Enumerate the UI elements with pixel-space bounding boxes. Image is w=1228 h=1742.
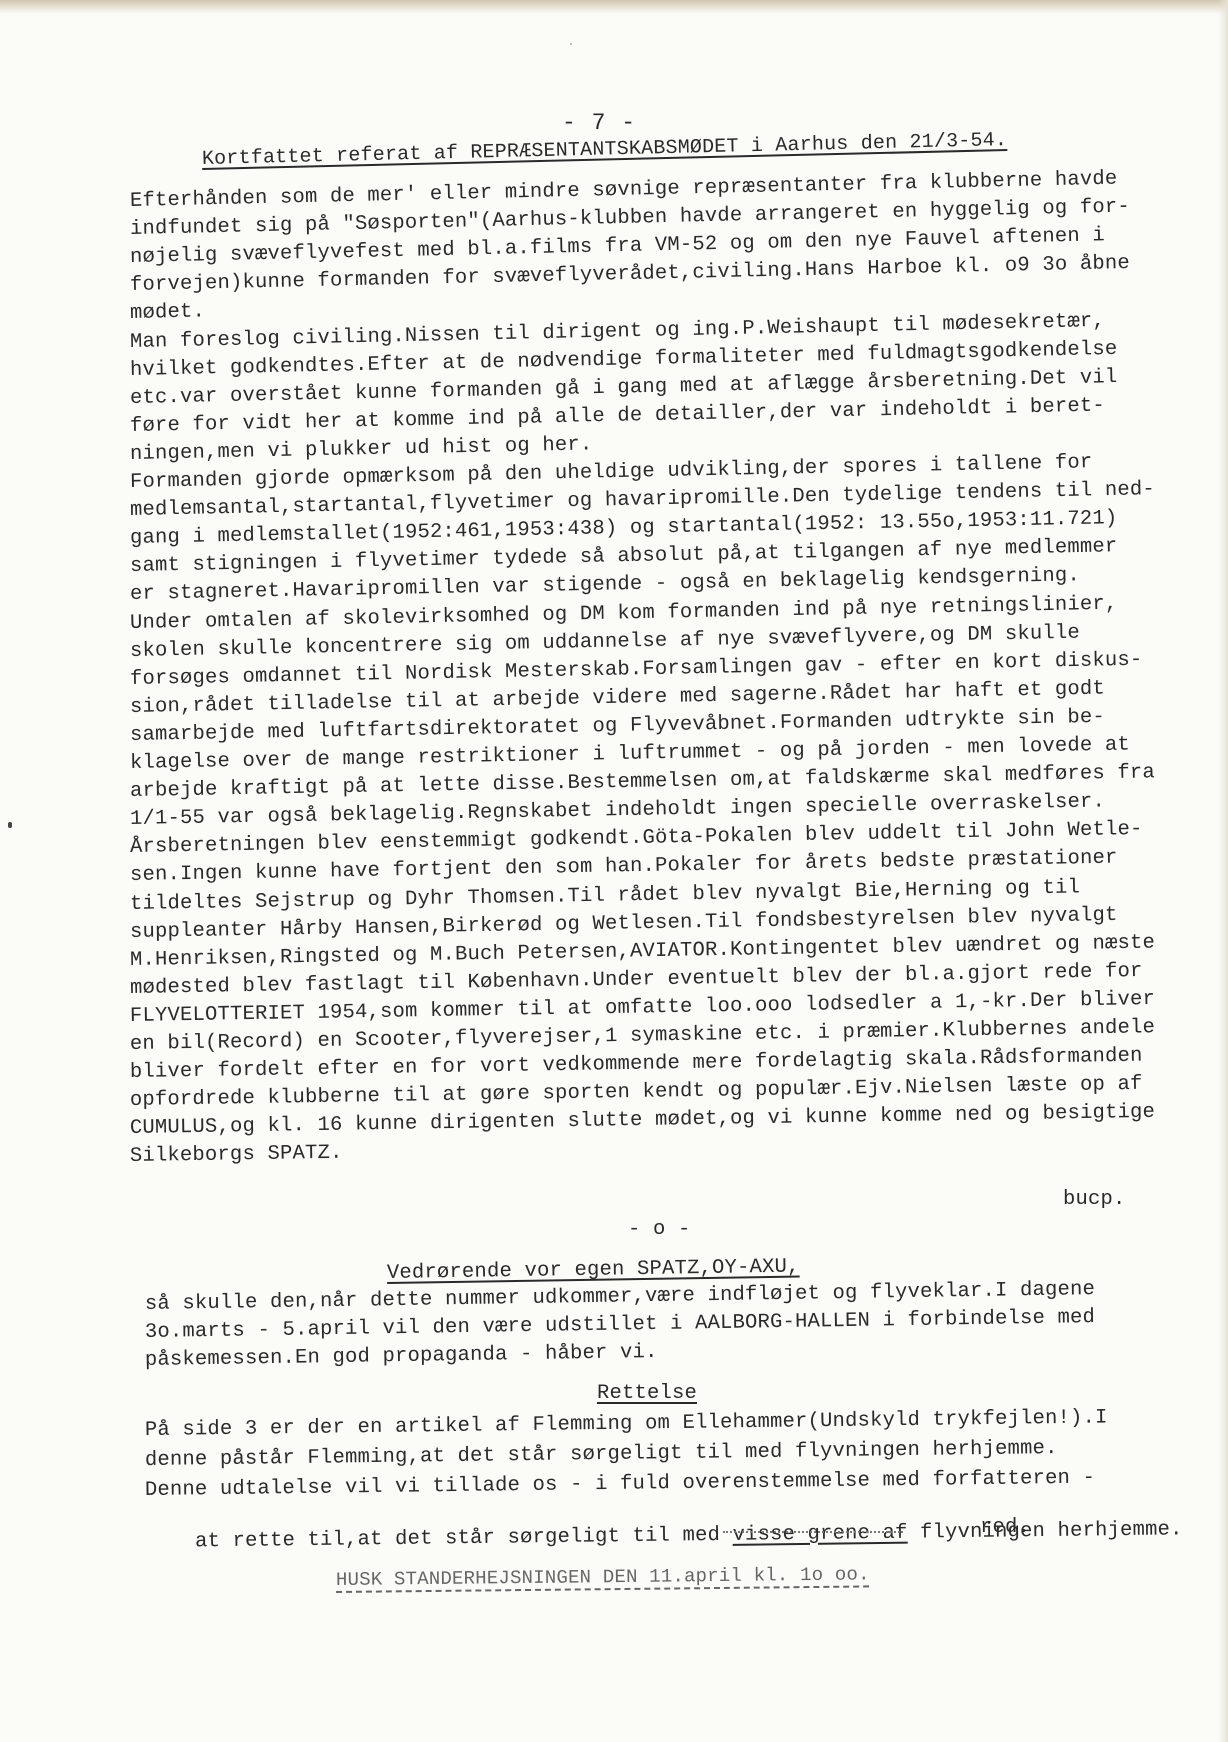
report-line: mødet.	[130, 303, 205, 325]
rettelse-heading: Rettelse	[597, 1384, 697, 1405]
reminder-line: HUSK STANDERHEJSNINGEN DEN 11.april kl. …	[336, 1565, 870, 1590]
signature-bucp: bucp.	[1063, 1190, 1126, 1211]
report-line: ningen,men vi plukker ud hist og her.	[130, 435, 593, 465]
spatz-line: påskemessen.En god propaganda - håber vi…	[145, 1343, 658, 1372]
rettelse-line: denne påstår Flemming,at det står sørgel…	[145, 1439, 1058, 1471]
report-line: Silkeborgs SPATZ.	[130, 1144, 343, 1168]
spatz-heading: Vedrørende vor egen SPATZ,OY-AXU,	[387, 1258, 800, 1285]
separator: - o -	[628, 1220, 691, 1241]
page-number: - 7 -	[562, 110, 636, 136]
typewritten-page: - 7 - Kortfattet referat af REPRÆSENTANT…	[0, 0, 1228, 1742]
rettelse-last-before: at rette til,at det står sørgeligt til m…	[195, 1523, 733, 1553]
rettelse-line: På side 3 er der en artikel af Flemming …	[145, 1408, 1108, 1441]
report-heading: Kortfattet referat af REPRÆSENTANTSKABSM…	[202, 131, 1008, 170]
rettelse-line: Denne udtalelse vil vi tillade os - i fu…	[145, 1469, 1095, 1502]
rettelse-emphasis: visse grene af	[732, 1521, 907, 1546]
dotted-underline	[723, 1531, 903, 1533]
rettelse-last-after: flyvningen herhjemme.	[907, 1518, 1182, 1544]
signature-red: red.	[980, 1518, 1030, 1539]
